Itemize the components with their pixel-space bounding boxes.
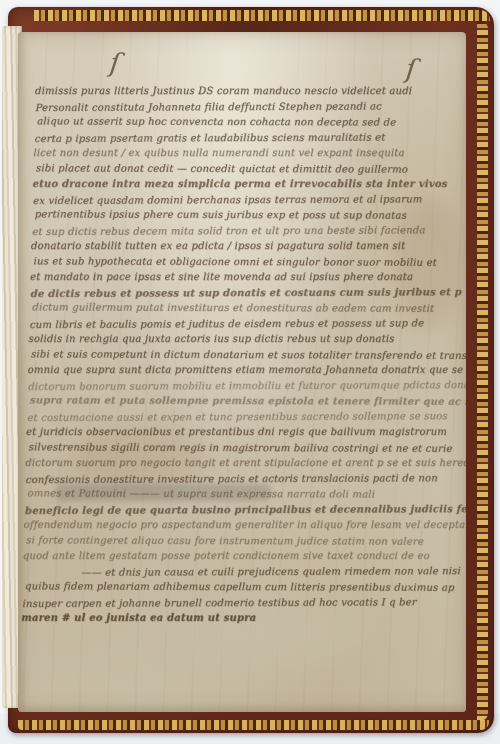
manuscript-line: offendendum negocio pro aspectandum gene… (23, 520, 459, 536)
manuscript-line: Personalit constituta Johanneta filia de… (35, 101, 466, 118)
manuscript-line: quod ante litem gestatam posse poterit c… (23, 551, 459, 567)
manuscript-line: omnes et Pattouini ——— ut supra sunt exp… (27, 488, 463, 505)
pen-flourish: ſ (108, 49, 121, 77)
gilt-tooling-border-right (477, 21, 488, 721)
manuscript-line: maren # ul eo junista ea datum ut supra (21, 613, 457, 629)
manuscript-line: licet non desunt / ex quibus nulla numer… (33, 148, 466, 164)
manuscript-line: dictum guillermum putat investituras et … (32, 302, 466, 319)
manuscript-line: solidis in rechgia qua juxta actoris ius… (28, 334, 464, 350)
manuscript-line: beneficio legi de que quarta busino prin… (25, 504, 461, 521)
manuscript-line: ius et sub hypothecata et obligacione om… (33, 256, 466, 273)
manuscript-line: confessionis donestiture investiture pac… (26, 473, 462, 490)
manuscript-line: —— et dnis jun causa et cuili prejudicen… (23, 566, 459, 583)
manuscript-photo: ſ ſ dimissis puras litteris Justinus DS … (0, 0, 500, 744)
manuscript-line: aliquo ut asserit sup hoc convencta non … (37, 116, 466, 133)
manuscript-line: quibus fidem plenariam adhibemus capellu… (25, 581, 461, 598)
manuscript-line: et juridicis observacionibus et prestant… (26, 427, 462, 443)
manuscript-line: etuo dracone intra meza simplicia perma … (32, 179, 466, 195)
parchment-page: ſ ſ dimissis puras litteris Justinus DS … (18, 32, 466, 712)
gilt-tooling-border-bottom (18, 720, 489, 730)
manuscript-line: et sup dictis rebus decem mita solid tro… (32, 225, 466, 242)
manuscript-line: sibi placet aut donat cedit — concedit q… (36, 163, 466, 180)
manuscript-line: et costumacione aussi et expen et tunc p… (27, 411, 463, 428)
manuscript-line: dictorum suorum pro negocio tangit et ar… (25, 458, 461, 474)
manuscript-line: dimissis puras litteris Justinus DS cora… (35, 86, 466, 102)
manuscript-line: si forte contingeret aliquo casu fore in… (26, 535, 462, 552)
manuscript-line: supra ratam et puta sollempne premissa e… (30, 395, 466, 412)
manuscript-line: dictorum bonorum suorum mobiliu et immob… (28, 380, 464, 397)
manuscript-line: pertinentibus ipsius phere cum suis juri… (34, 209, 466, 226)
manuscript-line: certa p ipsam psertam gratis et laudabil… (34, 132, 466, 149)
pen-flourish: ſ (404, 55, 417, 83)
manuscript-line: omnia que supra sunt dicta promittens et… (27, 365, 463, 381)
manuscript-line: ex videlicet quasdam domini berchanas ip… (33, 194, 466, 211)
manuscript-line: sibi et suis competunt in dictum donatar… (31, 349, 466, 366)
gilt-tooling-border-top (34, 10, 490, 21)
text-block: dimissis puras litteris Justinus DS cora… (21, 86, 466, 629)
manuscript-line: silvestrensibus sigilli coram regis in m… (28, 442, 464, 459)
manuscript-line: cum libris et baculis pomis et juditus d… (30, 318, 466, 335)
manuscript-line: insuper carpen et johanne brunell codmer… (22, 597, 458, 614)
manuscript-line: de dictis rebus et possess ut sup donati… (30, 287, 466, 304)
manuscript-line: donatario stabilit tutten ex ea pdicta /… (31, 241, 466, 257)
manuscript-line: et mandato in pace ipsas et sine lite mo… (30, 272, 466, 288)
